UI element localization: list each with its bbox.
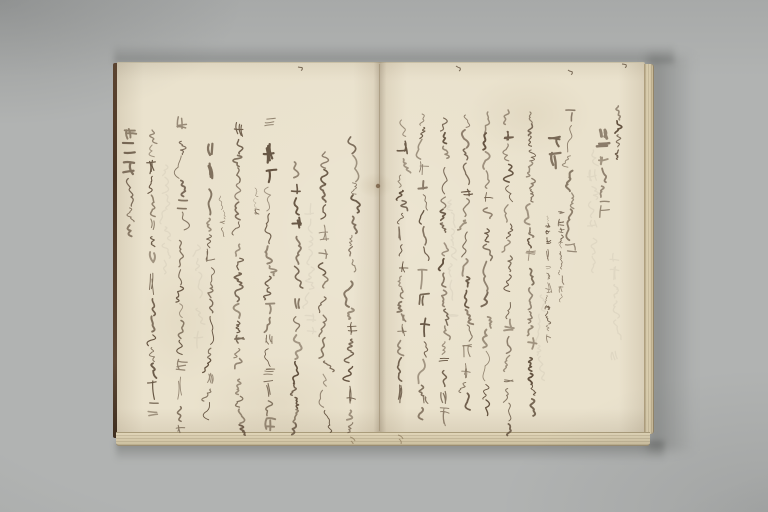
- book-shadow-top: [114, 44, 674, 63]
- showthrough-text: [160, 150, 621, 380]
- text-left-page: [123, 117, 360, 435]
- book-shadow-right: [648, 55, 694, 451]
- page-marks: [298, 64, 626, 444]
- text-right-page: [396, 106, 621, 435]
- manuscript-book: [113, 62, 652, 444]
- calligraphy-layer: [113, 62, 652, 444]
- photo-scene: [0, 0, 768, 512]
